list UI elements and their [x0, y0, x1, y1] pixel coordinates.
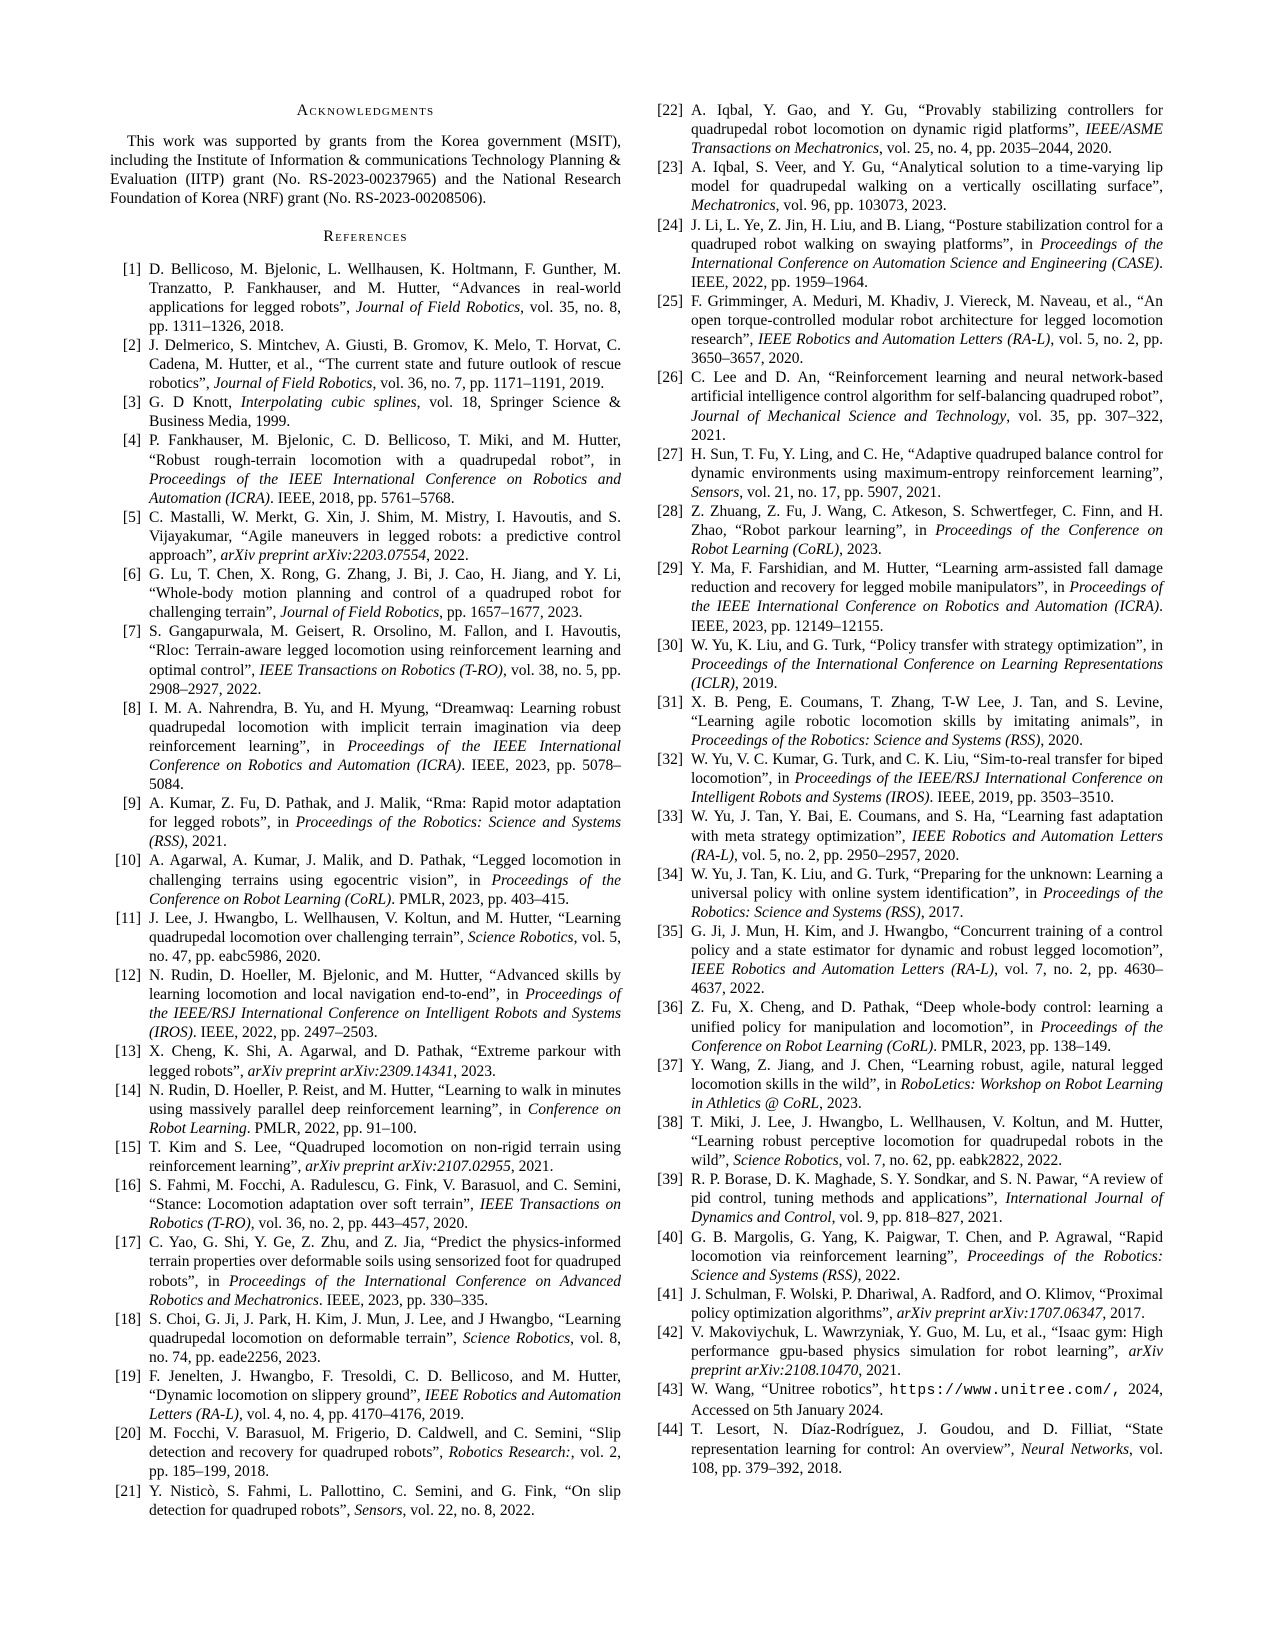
reference-text: V. Makoviychuk, L. Wawrzyniak, Y. Guo, M…: [691, 1323, 1163, 1380]
reference-label: [25]: [652, 292, 683, 311]
reference-text-segment: , vol. 4, no. 4, pp. 4170–4176, 2019.: [239, 1406, 464, 1423]
reference-label: [9]: [110, 794, 141, 813]
reference-item: [35]G. Ji, J. Mun, H. Kim, and J. Hwangb…: [652, 922, 1163, 998]
reference-item: [34]W. Yu, J. Tan, K. Liu, and G. Turk, …: [652, 865, 1163, 922]
reference-label: [43]: [652, 1380, 683, 1399]
reference-item: [18]S. Choi, G. Ji, J. Park, H. Kim, J. …: [110, 1310, 621, 1367]
reference-text-segment: W. Wang, “Unitree robotics”,: [691, 1381, 890, 1398]
reference-label: [23]: [652, 158, 683, 177]
reference-text: A. Kumar, Z. Fu, D. Pathak, and J. Malik…: [149, 794, 621, 851]
reference-text-segment: , 2023.: [453, 1063, 496, 1080]
reference-text-segment: G. Ji, J. Mun, H. Kim, and J. Hwangbo, “…: [691, 923, 1163, 959]
reference-label: [33]: [652, 807, 683, 826]
reference-text: J. Lee, J. Hwangbo, L. Wellhausen, V. Ko…: [149, 909, 621, 966]
reference-text-segment: . PMLR, 2022, pp. 91–100.: [247, 1120, 417, 1137]
reference-item: [37]Y. Wang, Z. Jiang, and J. Chen, “Lea…: [652, 1056, 1163, 1113]
reference-text-segment: . IEEE, 2022, pp. 2497–2503.: [193, 1024, 378, 1041]
reference-label: [16]: [110, 1176, 141, 1195]
reference-text: G. B. Margolis, G. Yang, K. Paigwar, T. …: [691, 1228, 1163, 1285]
reference-item: [9]A. Kumar, Z. Fu, D. Pathak, and J. Ma…: [110, 794, 621, 851]
reference-label: [8]: [110, 699, 141, 718]
reference-item: [40]G. B. Margolis, G. Yang, K. Paigwar,…: [652, 1228, 1163, 1285]
reference-label: [27]: [652, 445, 683, 464]
reference-item: [4]P. Fankhauser, M. Bjelonic, C. D. Bel…: [110, 431, 621, 507]
reference-text: F. Grimminger, A. Meduri, M. Khadiv, J. …: [691, 292, 1163, 368]
reference-venue: Science Robotics: [468, 929, 574, 946]
reference-text-segment: . IEEE, 2019, pp. 3503–3510.: [929, 789, 1114, 806]
reference-text-segment: , 2021.: [858, 1362, 901, 1379]
reference-item: [14]N. Rudin, D. Hoeller, P. Reist, and …: [110, 1081, 621, 1138]
reference-text-segment: , vol. 21, no. 17, pp. 5907, 2021.: [739, 484, 941, 501]
reference-venue: arXiv preprint arXiv:2107.02955: [305, 1158, 511, 1175]
reference-text-segment: G. D Knott,: [149, 394, 241, 411]
reference-text: N. Rudin, D. Hoeller, M. Bjelonic, and M…: [149, 966, 621, 1042]
reference-text: T. Kim and S. Lee, “Quadruped locomotion…: [149, 1138, 621, 1176]
reference-venue: Sensors: [354, 1502, 402, 1519]
reference-text: D. Bellicoso, M. Bjelonic, L. Wellhausen…: [149, 260, 621, 336]
right-column: [22]A. Iqbal, Y. Gao, and Y. Gu, “Provab…: [652, 101, 1163, 1610]
reference-item: [39]R. P. Borase, D. K. Maghade, S. Y. S…: [652, 1170, 1163, 1227]
reference-item: [32]W. Yu, V. C. Kumar, G. Turk, and C. …: [652, 750, 1163, 807]
reference-text-segment: , vol. 36, no. 7, pp. 1171–1191, 2019.: [372, 375, 604, 392]
reference-text-segment: , 2022.: [858, 1267, 901, 1284]
acknowledgments-heading: Acknowledgments: [110, 101, 621, 120]
reference-text: P. Fankhauser, M. Bjelonic, C. D. Bellic…: [149, 431, 621, 507]
reference-item: [33]W. Yu, J. Tan, Y. Bai, E. Coumans, a…: [652, 807, 1163, 864]
reference-venue: Sensors: [691, 484, 739, 501]
reference-text-segment: P. Fankhauser, M. Bjelonic, C. D. Bellic…: [149, 432, 621, 468]
reference-label: [17]: [110, 1233, 141, 1252]
reference-item: [7]S. Gangapurwala, M. Geisert, R. Orsol…: [110, 622, 621, 698]
reference-label: [31]: [652, 693, 683, 712]
reference-text-segment: , 2020.: [1040, 732, 1083, 749]
reference-item: [25]F. Grimminger, A. Meduri, M. Khadiv,…: [652, 292, 1163, 368]
reference-text: Y. Nisticò, S. Fahmi, L. Pallottino, C. …: [149, 1482, 621, 1520]
reference-text: W. Yu, V. C. Kumar, G. Turk, and C. K. L…: [691, 750, 1163, 807]
reference-text: T. Miki, J. Lee, J. Hwangbo, L. Wellhaus…: [691, 1113, 1163, 1170]
reference-text: A. Agarwal, A. Kumar, J. Malik, and D. P…: [149, 851, 621, 908]
reference-venue: Journal of Field Robotics: [280, 604, 439, 621]
reference-text-segment: V. Makoviychuk, L. Wawrzyniak, Y. Guo, M…: [691, 1324, 1163, 1360]
reference-item: [5]C. Mastalli, W. Merkt, G. Xin, J. Shi…: [110, 508, 621, 565]
reference-text: G. D Knott, Interpolating cubic splines,…: [149, 393, 621, 431]
reference-item: [17]C. Yao, G. Shi, Y. Ge, Z. Zhu, and Z…: [110, 1233, 621, 1309]
reference-text: T. Lesort, N. Díaz-Rodríguez, J. Goudou,…: [691, 1420, 1163, 1477]
reference-item: [6]G. Lu, T. Chen, X. Rong, G. Zhang, J.…: [110, 565, 621, 622]
reference-text: G. Lu, T. Chen, X. Rong, G. Zhang, J. Bi…: [149, 565, 621, 622]
reference-venue: Science Robotics: [463, 1330, 570, 1347]
reference-text: N. Rudin, D. Hoeller, P. Reist, and M. H…: [149, 1081, 621, 1138]
reference-item: [8]I. M. A. Nahrendra, B. Yu, and H. Myu…: [110, 699, 621, 794]
reference-label: [10]: [110, 851, 141, 870]
reference-text: C. Lee and D. An, “Reinforcement learnin…: [691, 368, 1163, 444]
reference-text: X. Cheng, K. Shi, A. Agarwal, and D. Pat…: [149, 1042, 621, 1080]
reference-venue: Science Robotics: [733, 1152, 838, 1169]
reference-text-segment: , vol. 25, no. 4, pp. 2035–2044, 2020.: [879, 140, 1112, 157]
reference-text: I. M. A. Nahrendra, B. Yu, and H. Myung,…: [149, 699, 621, 794]
reference-label: [38]: [652, 1113, 683, 1132]
reference-text-segment: , 2021.: [184, 833, 227, 850]
reference-text-segment: H. Sun, T. Fu, Y. Ling, and C. He, “Adap…: [691, 446, 1163, 482]
reference-item: [31]X. B. Peng, E. Coumans, T. Zhang, T-…: [652, 693, 1163, 750]
reference-label: [42]: [652, 1323, 683, 1342]
reference-text: Z. Fu, X. Cheng, and D. Pathak, “Deep wh…: [691, 998, 1163, 1055]
reference-label: [35]: [652, 922, 683, 941]
paper-page: Acknowledgments This work was supported …: [0, 0, 1275, 1650]
reference-item: [3]G. D Knott, Interpolating cubic splin…: [110, 393, 621, 431]
reference-label: [32]: [652, 750, 683, 769]
reference-text-segment: , 2017.: [921, 904, 964, 921]
reference-item: [36]Z. Fu, X. Cheng, and D. Pathak, “Dee…: [652, 998, 1163, 1055]
left-column: Acknowledgments This work was supported …: [110, 101, 621, 1610]
reference-venue: IEEE Robotics and Automation Letters (RA…: [691, 961, 994, 978]
reference-label: [40]: [652, 1228, 683, 1247]
reference-text: C. Yao, G. Shi, Y. Ge, Z. Zhu, and Z. Ji…: [149, 1233, 621, 1309]
reference-label: [34]: [652, 865, 683, 884]
reference-label: [22]: [652, 101, 683, 120]
reference-venue: Journal of Field Robotics: [214, 375, 373, 392]
reference-item: [13]X. Cheng, K. Shi, A. Agarwal, and D.…: [110, 1042, 621, 1080]
reference-label: [24]: [652, 216, 683, 235]
reference-item: [15]T. Kim and S. Lee, “Quadruped locomo…: [110, 1138, 621, 1176]
reference-text: M. Focchi, V. Barasuol, M. Frigerio, D. …: [149, 1424, 621, 1481]
reference-text-segment: , vol. 9, pp. 818–827, 2021.: [832, 1209, 1003, 1226]
reference-text-segment: , 2022.: [426, 547, 469, 564]
reference-text: W. Yu, J. Tan, K. Liu, and G. Turk, “Pre…: [691, 865, 1163, 922]
reference-text: R. P. Borase, D. K. Maghade, S. Y. Sondk…: [691, 1170, 1163, 1227]
reference-item: [24]J. Li, L. Ye, Z. Jin, H. Liu, and B.…: [652, 216, 1163, 292]
reference-text: C. Mastalli, W. Merkt, G. Xin, J. Shim, …: [149, 508, 621, 565]
reference-text-segment: , 2019.: [735, 675, 778, 692]
reference-text-segment: . PMLR, 2023, pp. 403–415.: [391, 891, 569, 908]
reference-venue: Robotics Research:: [449, 1444, 571, 1461]
reference-item: [41]J. Schulman, F. Wolski, P. Dhariwal,…: [652, 1285, 1163, 1323]
reference-label: [2]: [110, 336, 141, 355]
reference-text: S. Gangapurwala, M. Geisert, R. Orsolino…: [149, 622, 621, 698]
reference-item: [27]H. Sun, T. Fu, Y. Ling, and C. He, “…: [652, 445, 1163, 502]
references-heading: References: [110, 227, 621, 246]
reference-label: [30]: [652, 636, 683, 655]
reference-text-segment: , vol. 96, pp. 103073, 2023.: [776, 197, 947, 214]
reference-text: G. Ji, J. Mun, H. Kim, and J. Hwangbo, “…: [691, 922, 1163, 998]
reference-label: [36]: [652, 998, 683, 1017]
reference-label: [12]: [110, 966, 141, 985]
reference-text: Y. Wang, Z. Jiang, and J. Chen, “Learnin…: [691, 1056, 1163, 1113]
reference-label: [39]: [652, 1170, 683, 1189]
reference-text: J. Schulman, F. Wolski, P. Dhariwal, A. …: [691, 1285, 1163, 1323]
reference-label: [11]: [110, 909, 141, 928]
reference-item: [28]Z. Zhuang, Z. Fu, J. Wang, C. Atkeso…: [652, 502, 1163, 559]
reference-text: J. Li, L. Ye, Z. Jin, H. Liu, and B. Lia…: [691, 216, 1163, 292]
reference-item: [2]J. Delmerico, S. Mintchev, A. Giusti,…: [110, 336, 621, 393]
reference-text-segment: . IEEE, 2018, pp. 5761–5768.: [270, 490, 455, 507]
reference-label: [18]: [110, 1310, 141, 1329]
reference-item: [22]A. Iqbal, Y. Gao, and Y. Gu, “Provab…: [652, 101, 1163, 158]
reference-text-segment: , vol. 5, no. 2, pp. 2950–2957, 2020.: [734, 847, 959, 864]
reference-label: [29]: [652, 559, 683, 578]
reference-label: [37]: [652, 1056, 683, 1075]
reference-label: [3]: [110, 393, 141, 412]
reference-label: [19]: [110, 1367, 141, 1386]
reference-item: [30]W. Yu, K. Liu, and G. Turk, “Policy …: [652, 636, 1163, 693]
reference-venue: Interpolating cubic splines: [241, 394, 417, 411]
reference-item: [43]W. Wang, “Unitree robotics”, https:/…: [652, 1380, 1163, 1420]
reference-text-segment: , 2021.: [511, 1158, 554, 1175]
reference-text-segment: X. B. Peng, E. Coumans, T. Zhang, T-W Le…: [691, 694, 1163, 730]
reference-label: [13]: [110, 1042, 141, 1061]
reference-label: [26]: [652, 368, 683, 387]
reference-label: [41]: [652, 1285, 683, 1304]
reference-label: [28]: [652, 502, 683, 521]
reference-item: [38]T. Miki, J. Lee, J. Hwangbo, L. Well…: [652, 1113, 1163, 1170]
reference-text-segment: , vol. 22, no. 8, 2022.: [403, 1502, 535, 1519]
reference-text: W. Wang, “Unitree robotics”, https://www…: [691, 1380, 1163, 1420]
reference-item: [20]M. Focchi, V. Barasuol, M. Frigerio,…: [110, 1424, 621, 1481]
reference-text-segment: , 2023.: [819, 1095, 862, 1112]
reference-label: [15]: [110, 1138, 141, 1157]
reference-item: [42]V. Makoviychuk, L. Wawrzyniak, Y. Gu…: [652, 1323, 1163, 1380]
reference-text-segment: , pp. 1657–1677, 2023.: [439, 604, 582, 621]
reference-text-segment: , 2017.: [1102, 1305, 1145, 1322]
reference-url: https://www.unitree.com/,: [890, 1383, 1121, 1399]
reference-venue: Mechatronics: [691, 197, 776, 214]
reference-text: X. B. Peng, E. Coumans, T. Zhang, T-W Le…: [691, 693, 1163, 750]
reference-venue: IEEE Robotics and Automation Letters (RA…: [758, 331, 1050, 348]
reference-label: [21]: [110, 1482, 141, 1501]
reference-label: [5]: [110, 508, 141, 527]
reference-label: [20]: [110, 1424, 141, 1443]
reference-text: Z. Zhuang, Z. Fu, J. Wang, C. Atkeson, S…: [691, 502, 1163, 559]
reference-venue: arXiv preprint arXiv:2203.07554: [220, 547, 426, 564]
acknowledgments-text: This work was supported by grants from t…: [110, 132, 621, 208]
reference-text: A. Iqbal, S. Veer, and Y. Gu, “Analytica…: [691, 158, 1163, 215]
reference-venue: arXiv preprint arXiv:1707.06347: [897, 1305, 1103, 1322]
reference-label: [4]: [110, 431, 141, 450]
reference-item: [21]Y. Nisticò, S. Fahmi, L. Pallottino,…: [110, 1482, 621, 1520]
reference-label: [7]: [110, 622, 141, 641]
reference-venue: IEEE Transactions on Robotics (T-RO): [259, 662, 503, 679]
reference-text: W. Yu, K. Liu, and G. Turk, “Policy tran…: [691, 636, 1163, 693]
reference-text: S. Choi, G. Ji, J. Park, H. Kim, J. Mun,…: [149, 1310, 621, 1367]
reference-text: Y. Ma, F. Farshidian, and M. Hutter, “Le…: [691, 559, 1163, 635]
reference-item: [29]Y. Ma, F. Farshidian, and M. Hutter,…: [652, 559, 1163, 635]
reference-venue: Journal of Field Robotics: [356, 299, 520, 316]
reference-item: [23]A. Iqbal, S. Veer, and Y. Gu, “Analy…: [652, 158, 1163, 215]
reference-label: [44]: [652, 1420, 683, 1439]
reference-text: A. Iqbal, Y. Gao, and Y. Gu, “Provably s…: [691, 101, 1163, 158]
reference-label: [6]: [110, 565, 141, 584]
reference-item: [44]T. Lesort, N. Díaz-Rodríguez, J. Gou…: [652, 1420, 1163, 1477]
reference-text: H. Sun, T. Fu, Y. Ling, and C. He, “Adap…: [691, 445, 1163, 502]
reference-list-right: [22]A. Iqbal, Y. Gao, and Y. Gu, “Provab…: [652, 101, 1163, 1478]
reference-text-segment: . PMLR, 2023, pp. 138–149.: [933, 1038, 1111, 1055]
reference-text-segment: , 2023.: [839, 541, 882, 558]
reference-text-segment: , vol. 7, no. 62, pp. eabk2822, 2022.: [839, 1152, 1062, 1169]
reference-text: J. Delmerico, S. Mintchev, A. Giusti, B.…: [149, 336, 621, 393]
reference-text: W. Yu, J. Tan, Y. Bai, E. Coumans, and S…: [691, 807, 1163, 864]
reference-text-segment: . IEEE, 2023, pp. 330–335.: [319, 1292, 488, 1309]
reference-text-segment: C. Lee and D. An, “Reinforcement learnin…: [691, 369, 1163, 405]
reference-item: [26]C. Lee and D. An, “Reinforcement lea…: [652, 368, 1163, 444]
reference-list-left: [1]D. Bellicoso, M. Bjelonic, L. Wellhau…: [110, 260, 621, 1520]
reference-venue: Neural Networks: [1021, 1441, 1129, 1458]
reference-item: [1]D. Bellicoso, M. Bjelonic, L. Wellhau…: [110, 260, 621, 336]
reference-text-segment: , vol. 36, no. 2, pp. 443–457, 2020.: [251, 1215, 468, 1232]
reference-text-segment: W. Yu, K. Liu, and G. Turk, “Policy tran…: [691, 637, 1163, 654]
reference-text-segment: A. Iqbal, S. Veer, and Y. Gu, “Analytica…: [691, 159, 1163, 195]
reference-label: [1]: [110, 260, 141, 279]
reference-venue: Proceedings of the Robotics: Science and…: [691, 732, 1040, 749]
reference-item: [11]J. Lee, J. Hwangbo, L. Wellhausen, V…: [110, 909, 621, 966]
reference-item: [10]A. Agarwal, A. Kumar, J. Malik, and …: [110, 851, 621, 908]
reference-label: [14]: [110, 1081, 141, 1100]
reference-venue: Journal of Mechanical Science and Techno…: [691, 408, 1006, 425]
reference-venue: arXiv preprint arXiv:2309.14341: [248, 1063, 454, 1080]
reference-item: [19]F. Jenelten, J. Hwangbo, F. Tresoldi…: [110, 1367, 621, 1424]
reference-text: F. Jenelten, J. Hwangbo, F. Tresoldi, C.…: [149, 1367, 621, 1424]
reference-text: S. Fahmi, M. Focchi, A. Radulescu, G. Fi…: [149, 1176, 621, 1233]
reference-item: [16]S. Fahmi, M. Focchi, A. Radulescu, G…: [110, 1176, 621, 1233]
reference-item: [12]N. Rudin, D. Hoeller, M. Bjelonic, a…: [110, 966, 621, 1042]
